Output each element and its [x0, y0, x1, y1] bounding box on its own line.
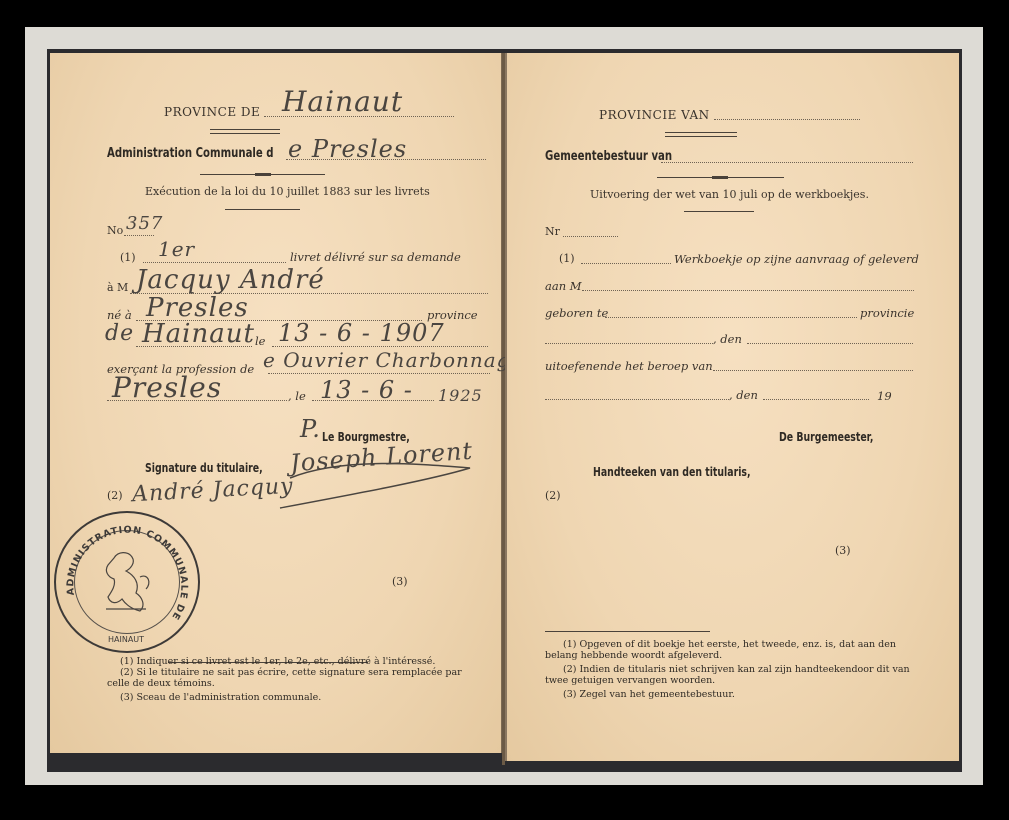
- issue-year: 1925: [438, 386, 483, 405]
- issue-place-handwritten: Presles: [112, 371, 222, 404]
- commune-seal-stamp: ADMINISTRATION COMMUNALE DE PRESLES HAIN…: [54, 511, 200, 653]
- ref-2: (2): [545, 489, 561, 502]
- number-value: 357: [126, 213, 163, 234]
- ref-1: (1): [120, 251, 136, 264]
- mayor-prefix: P.: [300, 415, 321, 443]
- open-booklet: PROVINCE DE Hainaut Administration Commu…: [47, 49, 962, 772]
- ordinal-handwritten: 1er: [158, 237, 195, 261]
- number-label: No: [107, 224, 123, 237]
- den2-label: , den: [729, 388, 758, 402]
- footnote-1: (1) Opgeven of dit boekje het eerste, he…: [545, 639, 917, 661]
- ref-3: (3): [392, 575, 408, 588]
- svg-text:ADMINISTRATION COMMUNALE DE PR: ADMINISTRATION COMMUNALE DE PRESLES: [56, 513, 189, 622]
- profession-handwritten: e Ouvrier Charbonnage: [263, 348, 523, 372]
- issue-date-handwritten: 13 - 6 -: [320, 376, 413, 404]
- commune-handwritten: e Presles: [288, 135, 407, 163]
- law-line: Uitvoering der wet van 10 juli op de wer…: [590, 188, 869, 201]
- lion-icon: [106, 553, 149, 611]
- admin-label: Administration Communale d: [107, 146, 274, 161]
- holder-name-handwritten: Jacquy André: [136, 265, 325, 295]
- provincie-word: provincie: [860, 306, 914, 320]
- footnote-3: (3) Sceau de l'administration communale.: [120, 692, 321, 703]
- nr-label: Nr: [545, 225, 560, 238]
- to-label: à M: [107, 281, 128, 294]
- beroep-label: uitoefenende het beroep van: [545, 359, 713, 373]
- law-line: Exécution de la loi du 10 juillet 1883 s…: [145, 185, 430, 198]
- ref-2: (2): [107, 489, 123, 502]
- gemeentebestuur-label: Gemeentebestuur van: [545, 149, 672, 164]
- den-label: , den: [713, 332, 742, 346]
- werkboekje-text: Werkboekje op zijne aanvraag of geleverd: [674, 252, 919, 266]
- geboren-label: geboren te: [545, 306, 608, 320]
- svg-text:HAINAUT: HAINAUT: [108, 635, 144, 644]
- footnote-1: (1) Indiquer si ce livret est le 1er, le…: [120, 656, 435, 667]
- footnote-3: (3) Zegel van het gemeentebestuur.: [563, 689, 735, 700]
- double-rule: [210, 129, 280, 134]
- footnote-2: (2) Indien de titularis niet schrijven k…: [545, 664, 917, 686]
- footnote-2: (2) Si le titulaire ne sait pas écrire, …: [107, 667, 487, 689]
- holder-signature-label: Signature du titulaire,: [145, 461, 263, 475]
- born-label: né à: [107, 308, 132, 322]
- le2-label: , le: [288, 389, 306, 403]
- short-rule: [225, 209, 300, 210]
- double-rule: [665, 132, 737, 137]
- birth-date-handwritten: 13 - 6 - 1907: [278, 319, 445, 347]
- ref-3: (3): [835, 544, 851, 557]
- de-label: de: [105, 321, 134, 346]
- seal-text: ADMINISTRATION COMMUNALE DE PRESLES HAIN…: [56, 513, 198, 651]
- livret-text: livret délivré sur sa demande: [290, 250, 461, 264]
- provincie-label: PROVINCIE VAN: [599, 108, 710, 122]
- burgemeester-label: De Burgemeester,: [779, 430, 873, 444]
- birth-province-handwritten: Hainaut: [142, 319, 255, 349]
- ref-1: (1): [559, 252, 575, 265]
- aan-m-label: aan M: [545, 279, 582, 293]
- year-prefix: 19: [877, 389, 892, 403]
- footnote-rule: [545, 631, 710, 632]
- le-label: le: [255, 334, 265, 348]
- province-handwritten: Hainaut: [282, 85, 403, 118]
- right-page-dutch: PROVINCIE VAN Gemeentebestuur van Uitvoe…: [505, 53, 959, 761]
- province-label: PROVINCE DE: [164, 105, 260, 119]
- handteeken-label: Handteeken van den titularis,: [593, 465, 751, 479]
- short-rule: [684, 211, 754, 212]
